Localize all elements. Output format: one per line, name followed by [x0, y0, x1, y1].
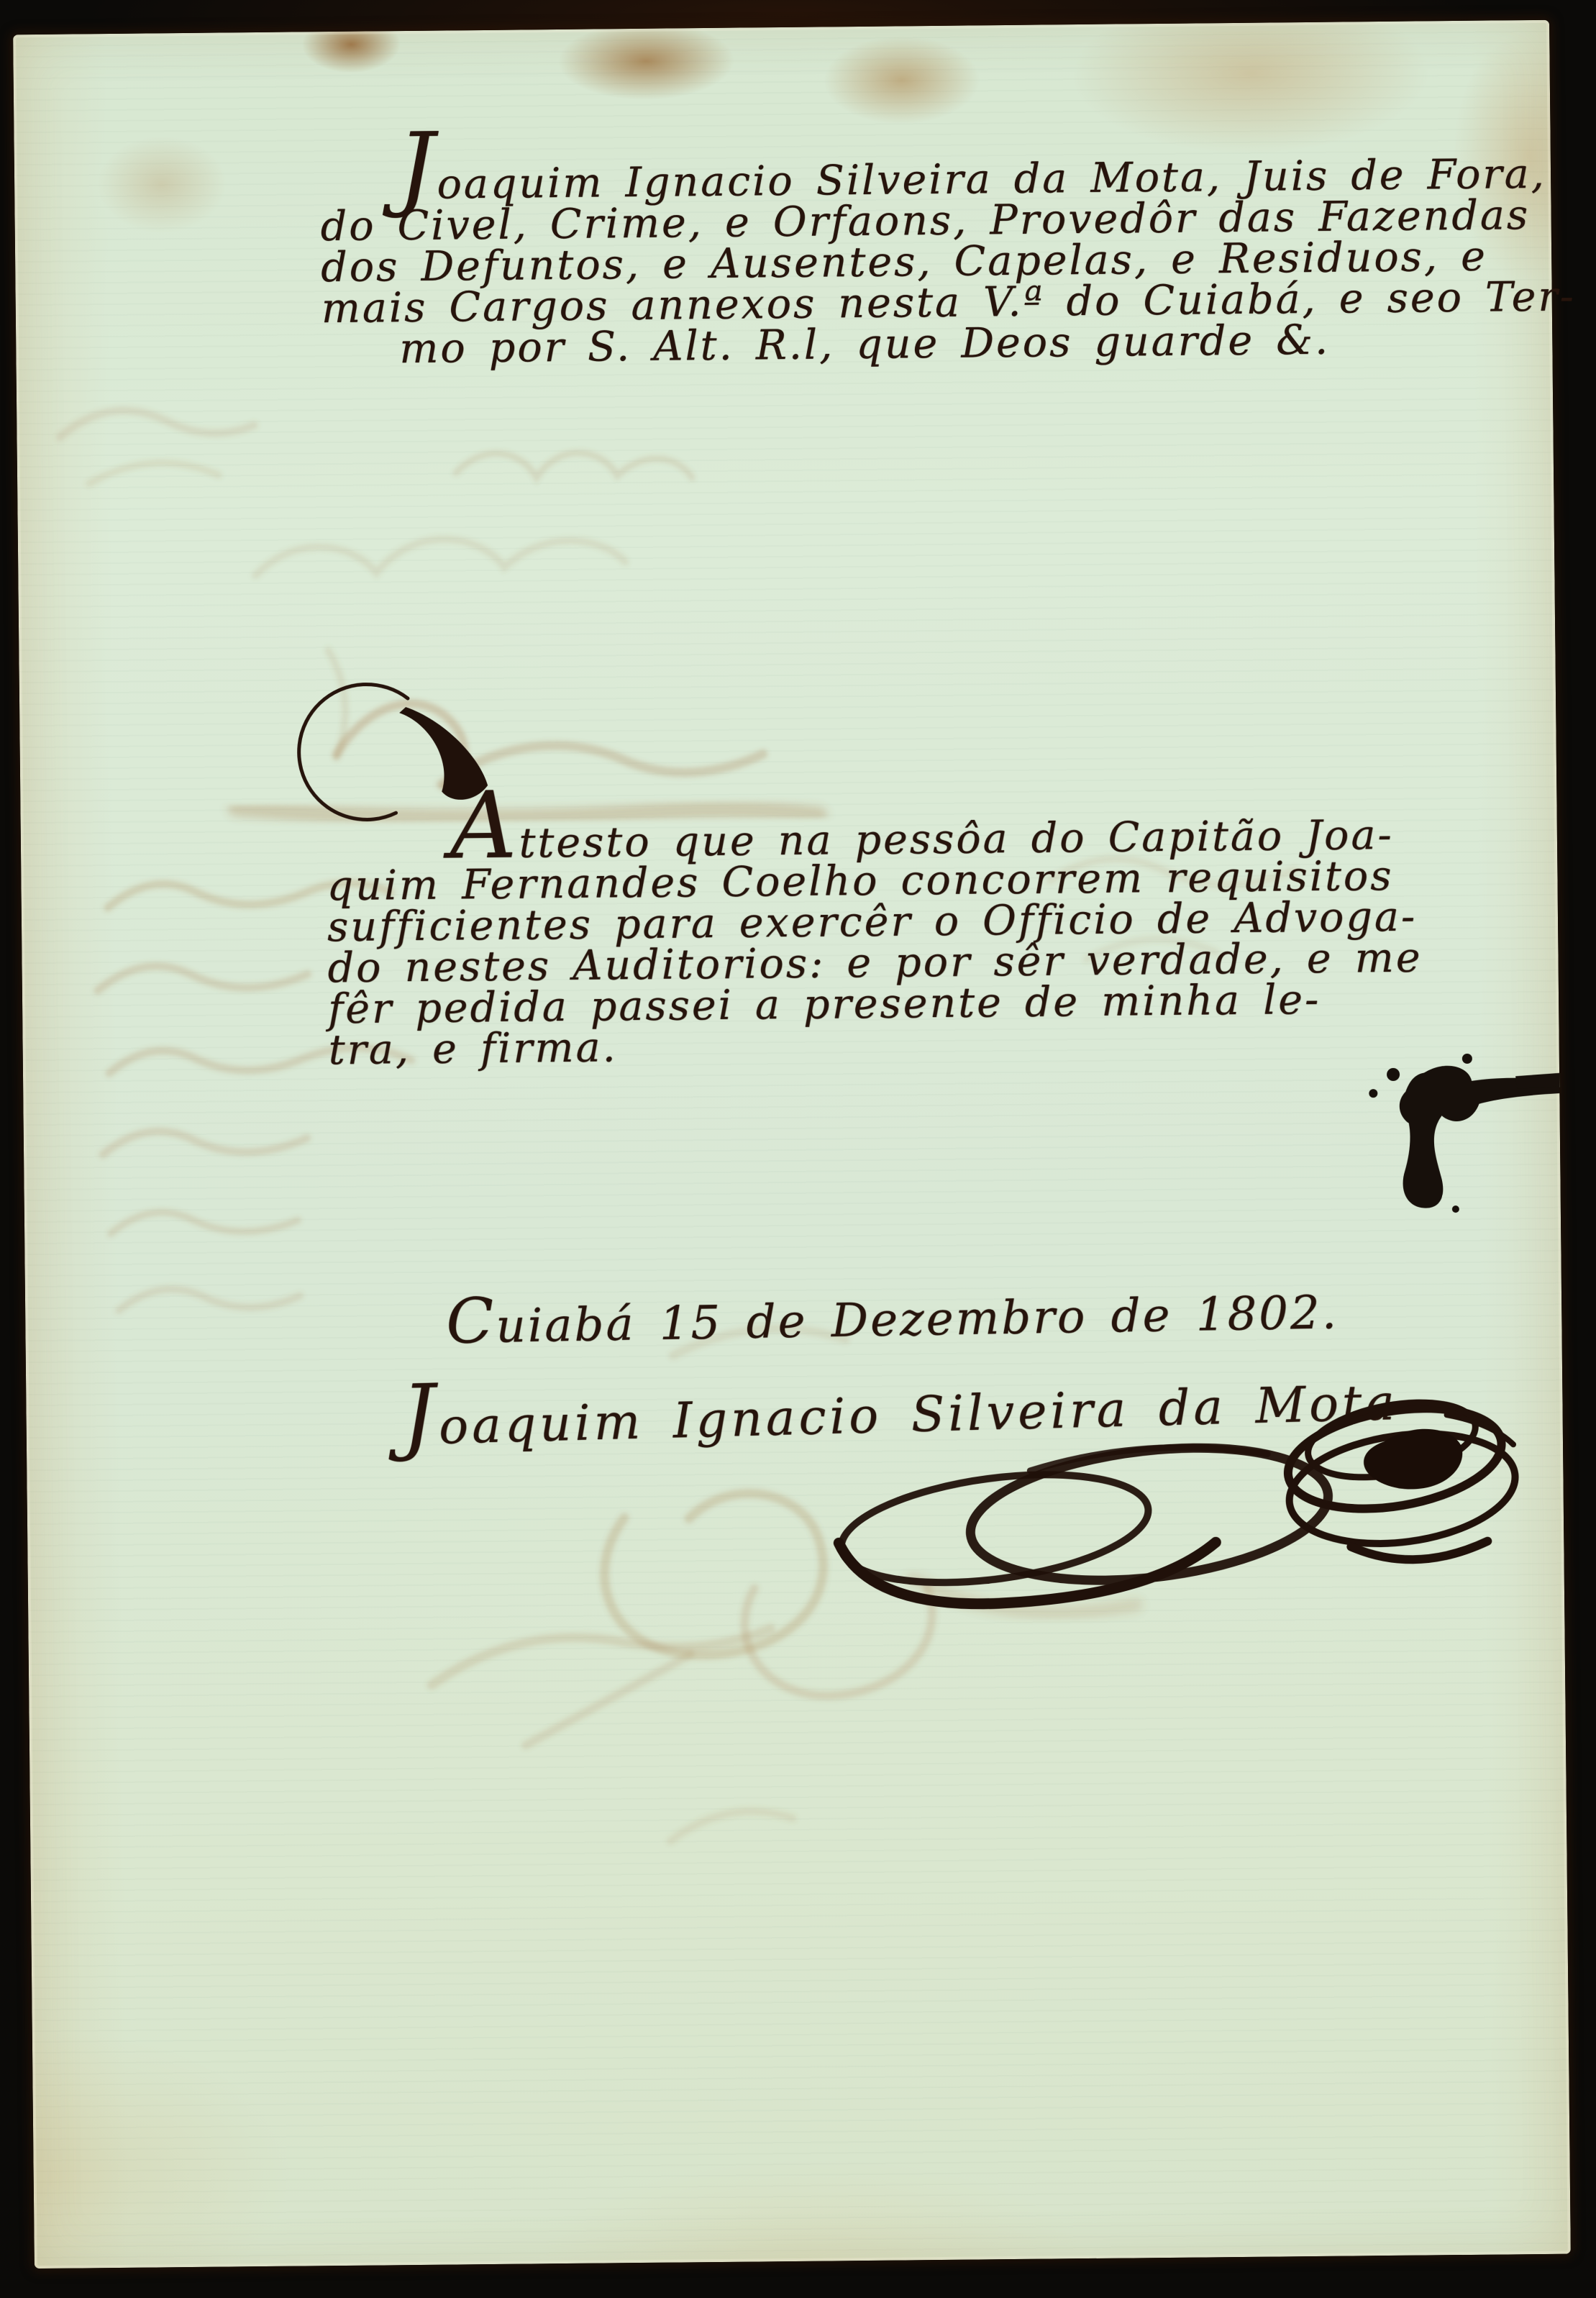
attestation-flourish-icon	[298, 683, 488, 821]
ink-marks	[13, 20, 1571, 2269]
ink-blot	[1369, 1053, 1568, 1214]
signature-rubric	[834, 1390, 1523, 1605]
photo-background: Joaquim Ignacio Silveira da Mota, Juis d…	[0, 0, 1596, 2298]
manuscript-paper: Joaquim Ignacio Silveira da Mota, Juis d…	[13, 20, 1571, 2269]
